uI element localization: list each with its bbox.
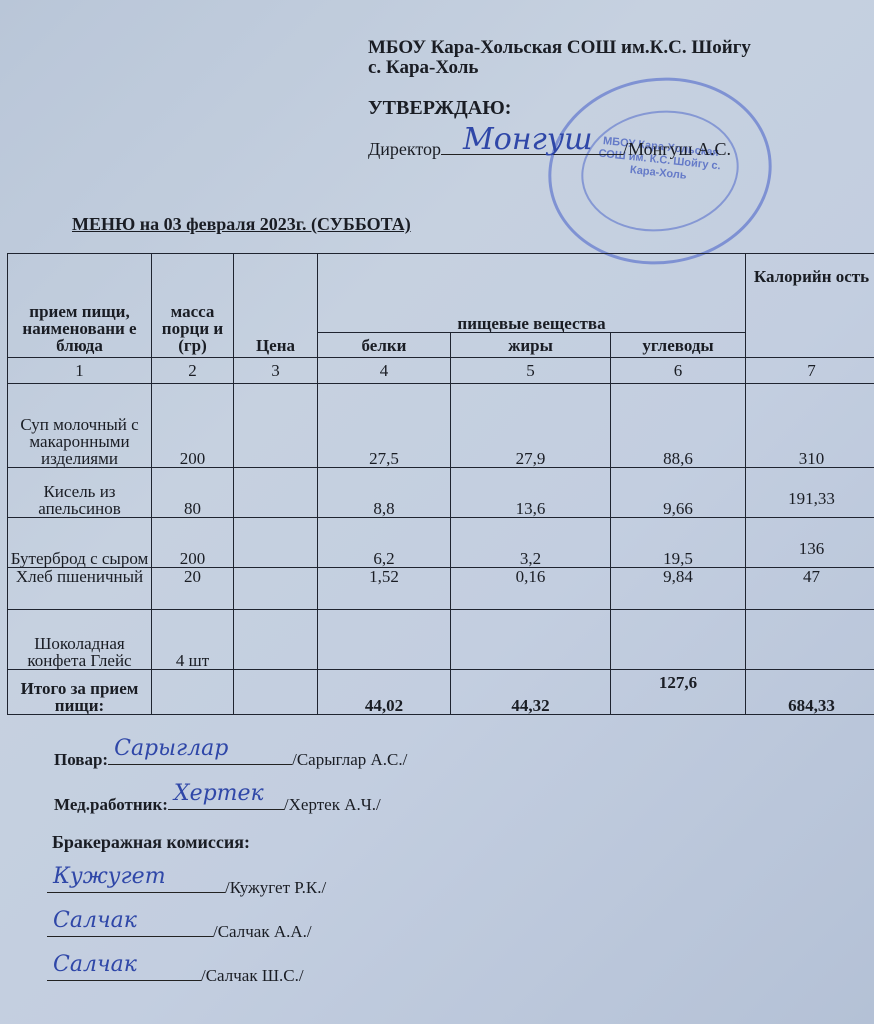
dish-name: Суп молочный с макаронными изделиями — [8, 384, 152, 468]
dish-calories: 47 — [746, 568, 874, 610]
director-name: /Монгуш А.С. — [623, 139, 731, 159]
dish-fats: 0,16 — [451, 568, 611, 610]
header-calories: Калорийн ость — [746, 254, 874, 358]
dish-name: Хлеб пшеничный — [8, 568, 152, 610]
medic-signature-line: Хертек — [168, 791, 284, 810]
dish-price — [234, 610, 318, 670]
dish-fats: 3,2 — [451, 518, 611, 568]
header-fats: жиры — [451, 333, 611, 358]
header-proteins: белки — [318, 333, 451, 358]
dish-calories: 310 — [746, 384, 874, 468]
dish-proteins: 8,8 — [318, 468, 451, 518]
medic-signature: Хертек — [174, 781, 264, 806]
commission-member-line: Кужугет/Кужугет Р.К./ — [47, 874, 326, 898]
header-dish: прием пищи, наименовани е блюда — [8, 254, 152, 358]
column-number: 7 — [746, 358, 874, 384]
commission-member-name: /Кужугет Р.К./ — [225, 878, 326, 897]
dish-carbs: 9,84 — [611, 568, 746, 610]
dish-mass: 200 — [152, 384, 234, 468]
dish-name: Кисель из апельсинов — [8, 468, 152, 518]
director-approval-line: ДиректорМонгуш/Монгуш А.С. — [368, 136, 731, 160]
medic-label: Мед.работник: — [54, 795, 168, 814]
dish-calories: 136 — [746, 518, 874, 568]
dish-price — [234, 468, 318, 518]
commission-member-name: /Салчак Ш.С./ — [201, 966, 304, 985]
commission-label: Бракеражная комиссия: — [52, 832, 250, 853]
commission-member-line: Салчак/Салчак Ш.С./ — [47, 962, 304, 986]
dish-fats: 27,9 — [451, 384, 611, 468]
table-row: Шоколадная конфета Глейс 4 шт — [8, 610, 874, 670]
dish-carbs — [611, 610, 746, 670]
commission-signature: Салчак — [53, 952, 137, 977]
dish-price — [234, 384, 318, 468]
dish-carbs: 19,5 — [611, 518, 746, 568]
cook-label: Повар: — [54, 750, 108, 769]
dish-price — [234, 568, 318, 610]
header-price: Цена — [234, 254, 318, 358]
column-number: 5 — [451, 358, 611, 384]
commission-signature: Салчак — [53, 908, 137, 933]
commission-signature-line: Салчак — [47, 962, 201, 981]
dish-name: Бутерброд с сыром — [8, 518, 152, 568]
dish-proteins: 27,5 — [318, 384, 451, 468]
total-fats: 44,32 — [451, 670, 611, 715]
dish-proteins: 1,52 — [318, 568, 451, 610]
medic-name: /Хертек А.Ч./ — [284, 795, 381, 814]
medic-line: Мед.работник:Хертек/Хертек А.Ч./ — [54, 791, 381, 815]
cook-signature-line: Сарыглар — [108, 746, 292, 765]
director-signature-line: Монгуш — [441, 136, 623, 155]
cook-name: /Сарыглар А.С./ — [292, 750, 407, 769]
total-calories: 684,33 — [746, 670, 874, 715]
column-number: 1 — [8, 358, 152, 384]
school-stamp: МБОУ Кара-Хольская СОШ им. К.С. Шойгу с.… — [536, 63, 784, 278]
total-row: Итого за прием пищи: 44,02 44,32 127,6 6… — [8, 670, 874, 715]
column-numbers-row: 1 2 3 4 5 6 7 — [8, 358, 874, 384]
dish-calories: 191,33 — [746, 468, 874, 518]
header-carbs: углеводы — [611, 333, 746, 358]
dish-fats — [451, 610, 611, 670]
commission-signature-line: Салчак — [47, 918, 213, 937]
dish-mass: 80 — [152, 468, 234, 518]
table-row: Суп молочный с макаронными изделиями 200… — [8, 384, 874, 468]
menu-table: прием пищи, наименовани е блюда масса по… — [7, 253, 874, 715]
dish-name: Шоколадная конфета Глейс — [8, 610, 152, 670]
cook-line: Повар:Сарыглар/Сарыглар А.С./ — [54, 746, 407, 770]
dish-mass: 20 — [152, 568, 234, 610]
organization-name: МБОУ Кара-Хольская СОШ им.К.С. Шойгу — [368, 38, 751, 58]
table-row: Бутерброд с сыром 200 6,2 3,2 19,5 136 — [8, 518, 874, 568]
total-carbs: 127,6 — [611, 670, 746, 715]
dish-calories — [746, 610, 874, 670]
dish-mass: 4 шт — [152, 610, 234, 670]
director-label: Директор — [368, 139, 441, 159]
table-row: Кисель из апельсинов 80 8,8 13,6 9,66 19… — [8, 468, 874, 518]
column-number: 3 — [234, 358, 318, 384]
header-mass: масса порци и (гр) — [152, 254, 234, 358]
column-number: 6 — [611, 358, 746, 384]
total-label: Итого за прием пищи: — [8, 670, 152, 715]
dish-carbs: 9,66 — [611, 468, 746, 518]
dish-mass: 200 — [152, 518, 234, 568]
column-number: 2 — [152, 358, 234, 384]
commission-member-name: /Салчак А.А./ — [213, 922, 312, 941]
total-proteins: 44,02 — [318, 670, 451, 715]
total-price — [234, 670, 318, 715]
dish-proteins — [318, 610, 451, 670]
organization-village: с. Кара-Холь — [368, 58, 751, 78]
cook-signature: Сарыглар — [114, 736, 228, 761]
page-title: МЕНЮ на 03 февраля 2023г. (СУББОТА) — [72, 214, 411, 235]
commission-signature: Кужугет — [53, 864, 166, 889]
total-mass — [152, 670, 234, 715]
column-number: 4 — [318, 358, 451, 384]
dish-price — [234, 518, 318, 568]
organization-header: МБОУ Кара-Хольская СОШ им.К.С. Шойгу с. … — [368, 38, 751, 78]
dish-fats: 13,6 — [451, 468, 611, 518]
dish-carbs: 88,6 — [611, 384, 746, 468]
director-signature: Монгуш — [463, 122, 593, 157]
header-nutrients: пищевые вещества — [318, 254, 746, 333]
commission-member-line: Салчак/Салчак А.А./ — [47, 918, 312, 942]
commission-signature-line: Кужугет — [47, 874, 225, 893]
approval-heading: УТВЕРЖДАЮ: — [368, 97, 511, 120]
table-row: Хлеб пшеничный 20 1,52 0,16 9,84 47 — [8, 568, 874, 610]
dish-proteins: 6,2 — [318, 518, 451, 568]
